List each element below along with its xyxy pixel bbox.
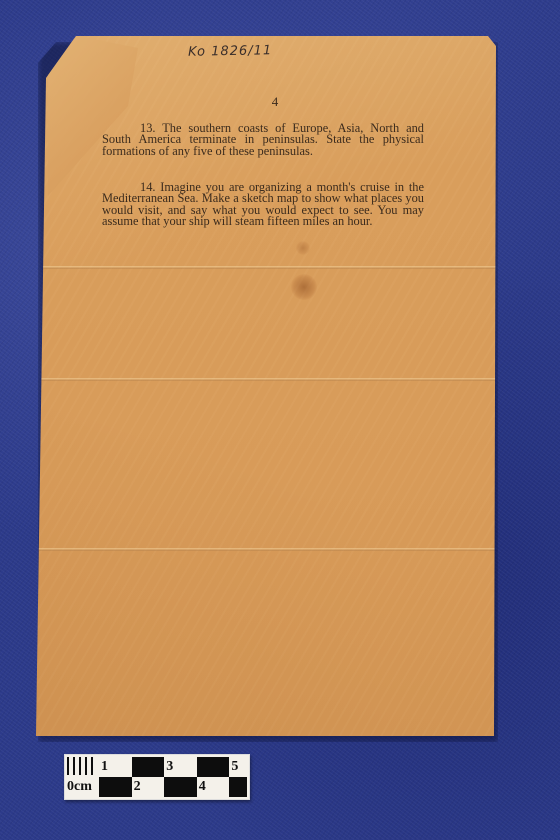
scale-segment-3-bottom: [164, 777, 197, 797]
fold-crease: [36, 378, 496, 381]
scale-segment-3: 3: [164, 757, 197, 777]
scale-segment-2: 2: [132, 777, 165, 797]
question-14: 14. Imagine you are organizing a month's…: [102, 182, 424, 228]
fold-crease: [36, 266, 496, 269]
question-13: 13. The southern coasts of Europe, Asia,…: [102, 123, 424, 157]
scale-segment-2-top: [132, 757, 165, 777]
scale-segment-1-bottom: [99, 777, 132, 797]
millimeter-ticks: [67, 757, 97, 775]
scale-segment-1: 1: [99, 757, 132, 777]
stain-mark: [296, 241, 310, 255]
folded-corner: [48, 36, 138, 196]
archive-reference: Ko 1826/11: [188, 43, 272, 59]
scale-unit-label: 0cm: [67, 777, 92, 797]
exam-paper-sheet: Ko 1826/11 4 13. The southern coasts of …: [36, 36, 496, 736]
stain-mark: [291, 274, 317, 300]
page-number: 4: [36, 94, 496, 110]
scale-segment-4: 4: [197, 777, 230, 797]
scale-bar: 1 3 5 0cm 2 4: [64, 754, 250, 800]
fold-crease: [36, 548, 496, 551]
scale-segment-4-top: [197, 757, 230, 777]
scale-segment-5-bottom: [229, 777, 247, 797]
scale-segment-5: 5: [229, 757, 247, 777]
